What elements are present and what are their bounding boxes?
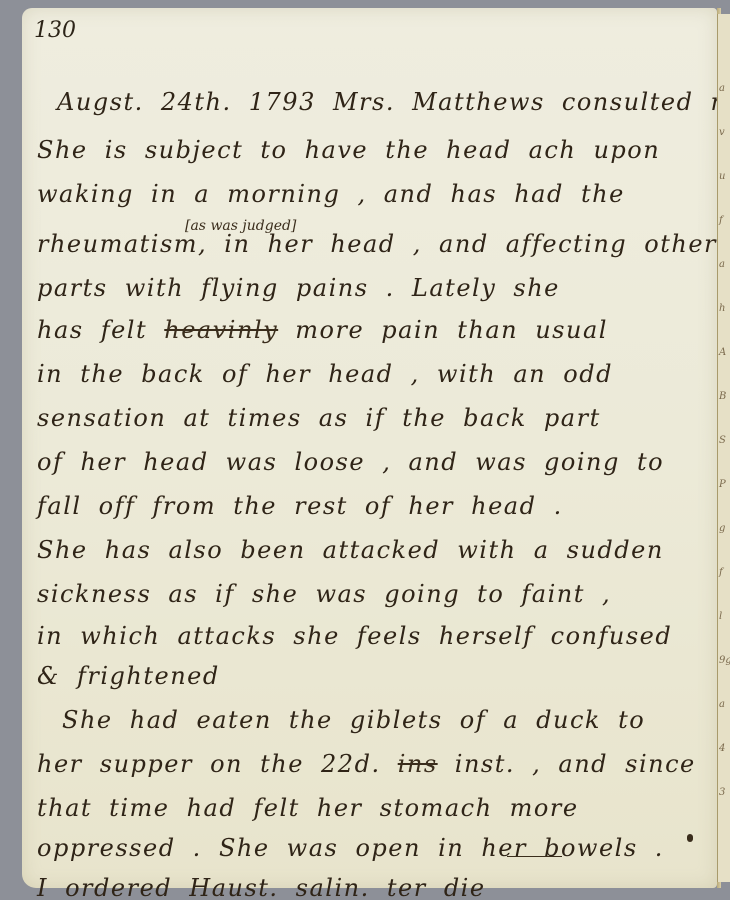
margin-char: A	[718, 348, 730, 358]
text-line-2: She is subject to have the head ach upon	[37, 136, 660, 164]
margin-char: a	[718, 84, 730, 94]
text-line-18: oppressed . She was open in her bowels .	[37, 834, 664, 862]
text-line-16: her supper on the 22d. ins inst. , and s…	[37, 750, 696, 778]
text-line-12: sickness as if she was going to faint ,	[37, 580, 611, 608]
text-line-6-after: more pain than usual	[278, 316, 608, 344]
text-line-16-after: inst. , and since	[438, 750, 696, 778]
struck-word: ins	[398, 750, 438, 778]
text-line-9: of her head was loose , and was going to	[37, 448, 664, 476]
page-number: 130	[34, 18, 76, 43]
text-line-6-before: has felt	[37, 316, 164, 344]
text-line-8: sensation at times as if the back part	[37, 404, 601, 432]
margin-char: g	[718, 524, 730, 534]
text-line-11: She has also been attacked with a sudden	[37, 536, 664, 564]
struck-word: heavinly	[164, 316, 278, 344]
margin-char: h	[718, 304, 730, 314]
text-line-14: & frightened	[37, 662, 220, 690]
closing-dash	[507, 856, 562, 857]
text-line-19: I ordered Haust. salin. ter die	[37, 874, 486, 900]
margin-char: 9g	[718, 656, 730, 666]
margin-char: v	[718, 128, 730, 138]
margin-char: a	[718, 700, 730, 710]
margin-char: f	[718, 568, 730, 578]
margin-char: f	[718, 216, 730, 226]
text-line-16-before: her supper on the 22d.	[37, 750, 398, 778]
margin-char: S	[718, 436, 730, 446]
adjacent-page-edge: a v u f a h A B S P g f l 9g a 4 3	[717, 14, 730, 882]
margin-char: a	[718, 260, 730, 270]
margin-char: B	[718, 392, 730, 402]
manuscript-page: 130 Augst. 24th. 1793 Mrs. Matthews cons…	[22, 8, 717, 888]
ink-blot	[687, 834, 693, 842]
text-line-7: in the back of her head , with an odd	[37, 360, 613, 388]
text-line-5: parts with flying pains . Lately she	[37, 274, 560, 302]
text-line-3: waking in a morning , and has had the	[37, 180, 625, 208]
text-line-15: She had eaten the giblets of a duck to	[62, 706, 645, 734]
text-line-6: has felt heavinly more pain than usual	[37, 316, 608, 344]
text-line-4: rheumatism, in her head , and affecting …	[37, 230, 717, 258]
text-line-1: Augst. 24th. 1793 Mrs. Matthews consulte…	[57, 88, 730, 116]
margin-char: l	[718, 612, 730, 622]
margin-char: 4	[718, 744, 730, 754]
text-line-13: in which attacks she feels herself confu…	[37, 622, 672, 650]
text-line-17: that time had felt her stomach more	[37, 794, 579, 822]
margin-char: 3	[718, 788, 730, 798]
margin-char: P	[718, 480, 730, 490]
margin-char: u	[718, 172, 730, 182]
text-line-10: fall off from the rest of her head .	[37, 492, 563, 520]
